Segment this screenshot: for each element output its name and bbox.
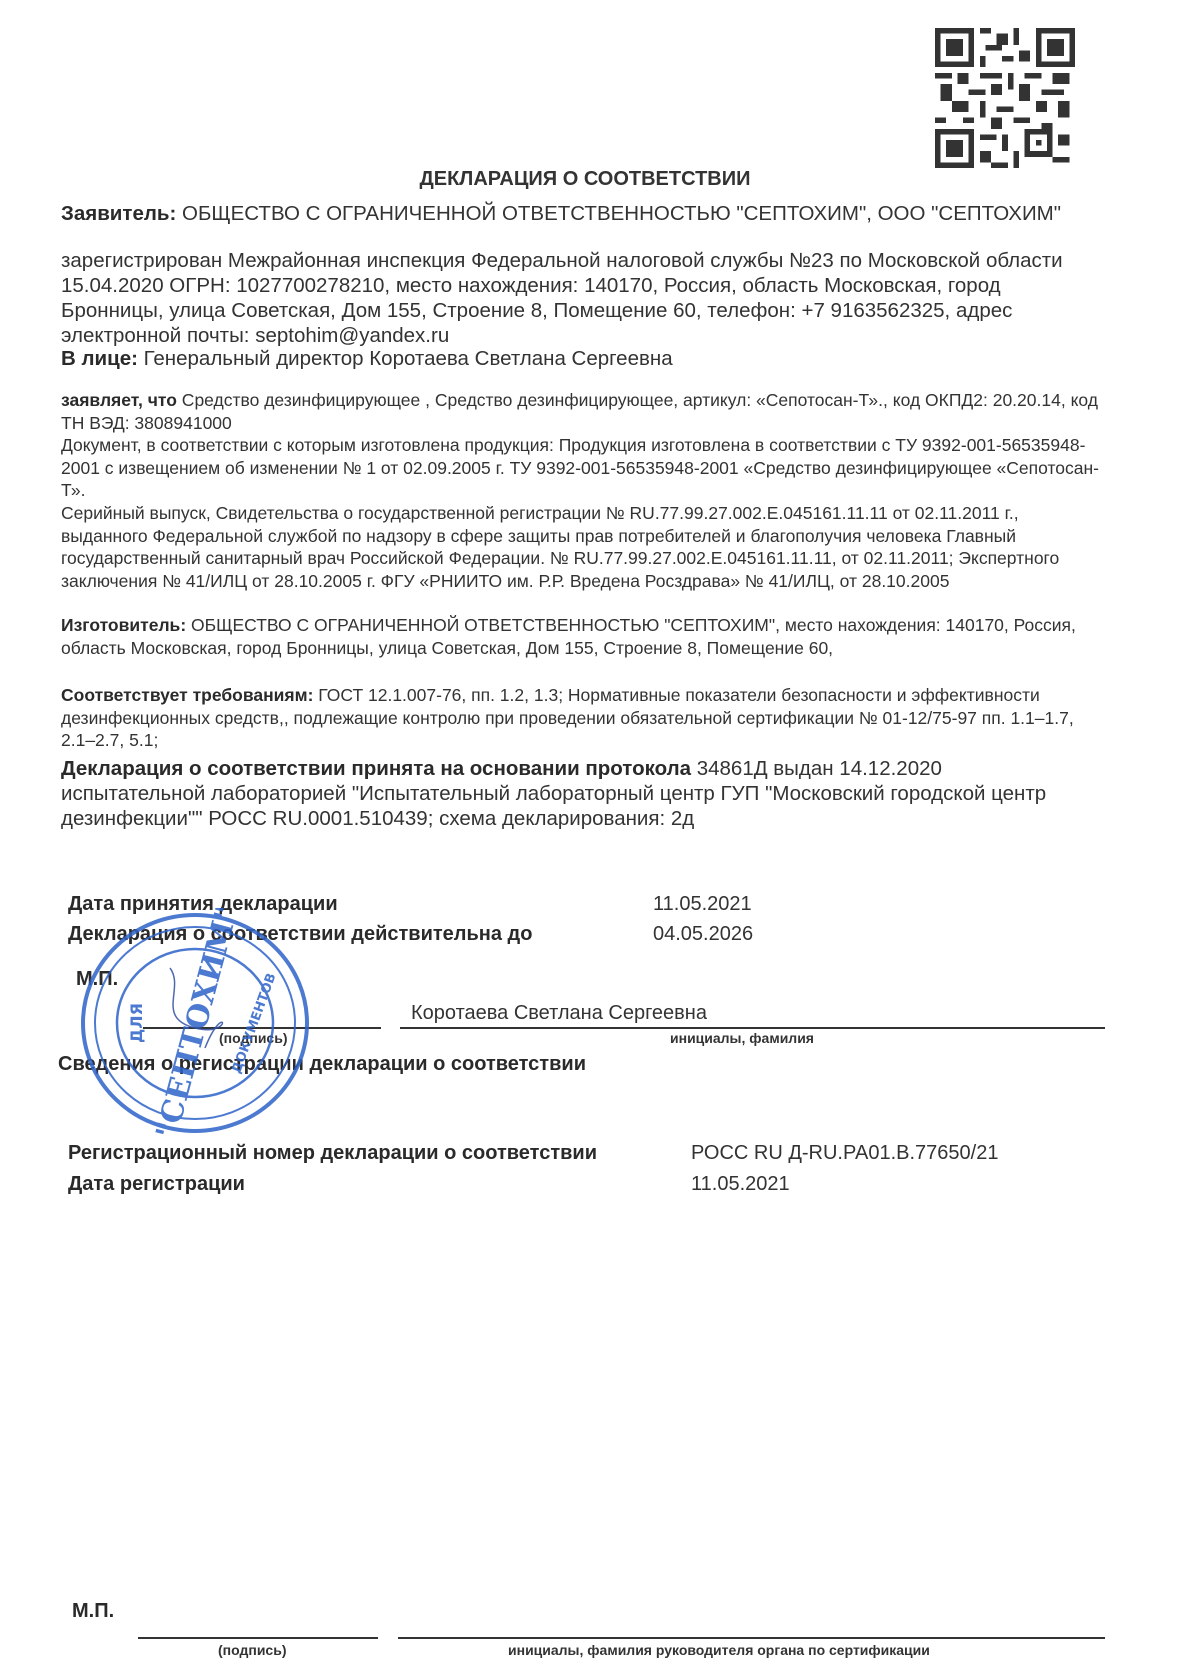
registration-number-value: РОСС RU Д-RU.РА01.В.77650/21 xyxy=(691,1142,998,1165)
basis-section: Декларация о соответствии принята на осн… xyxy=(61,756,1071,831)
requirements-label: Соответствует требованиям: xyxy=(61,685,313,705)
registration-date-label: Дата регистрации xyxy=(68,1173,245,1196)
representative-section: В лице: Генеральный директор Коротаева С… xyxy=(61,346,1101,371)
requirements-section: Соответствует требованиям: ГОСТ 12.1.007… xyxy=(61,684,1101,752)
valid-until-value: 04.05.2026 xyxy=(653,923,753,946)
document-title: ДЕКЛАРАЦИЯ О СООТВЕТСТВИИ xyxy=(0,168,1170,191)
serial-release-info: Серийный выпуск, Свидетельства о государ… xyxy=(61,502,1101,592)
applicant-section: Заявитель: ОБЩЕСТВО С ОГРАНИЧЕННОЙ ОТВЕТ… xyxy=(61,201,1101,226)
declares-label: заявляет, что xyxy=(61,390,177,410)
name-line-2 xyxy=(398,1637,1105,1639)
qr-code-icon xyxy=(935,28,1075,168)
applicant-label: Заявитель: xyxy=(61,202,176,225)
declares-section: заявляет, что Средство дезинфицирующее ,… xyxy=(61,389,1101,434)
name-caption: инициалы, фамилия xyxy=(670,1030,814,1046)
production-document: Документ, в соответствии с которым изгот… xyxy=(61,434,1101,502)
representative-label: В лице: xyxy=(61,347,138,370)
representative-text: Генеральный директор Коротаева Светлана … xyxy=(138,347,673,370)
company-seal-stamp-icon: "СЕПТОХИМ" ДЛЯ ДОКУМЕНТОВ xyxy=(75,908,315,1138)
stamp-center-text: "СЕПТОХИМ" xyxy=(150,908,246,1138)
applicant-name: ОБЩЕСТВО С ОГРАНИЧЕННОЙ ОТВЕТСТВЕННОСТЬЮ… xyxy=(176,202,1061,225)
signer-name: Коротаева Светлана Сергеевна xyxy=(411,1002,707,1025)
registration-date-value: 11.05.2021 xyxy=(691,1173,790,1196)
seal-placeholder-label-2: М.П. xyxy=(72,1600,114,1623)
registration-number-label: Регистрационный номер декларации о соотв… xyxy=(68,1142,597,1165)
adopted-date-value: 11.05.2021 xyxy=(653,893,752,916)
signature-caption-2: (подпись) xyxy=(218,1642,287,1658)
basis-label: Декларация о соответствии принята на осн… xyxy=(61,757,691,780)
product-description: Средство дезинфицирующее , Средство дези… xyxy=(61,390,1098,433)
stamp-left-text: ДЛЯ xyxy=(127,1003,146,1043)
applicant-registration: зарегистрирован Межрайонная инспекция Фе… xyxy=(61,248,1101,348)
certification-head-caption: инициалы, фамилия руководителя органа по… xyxy=(508,1642,930,1658)
manufacturer-label: Изготовитель: xyxy=(61,615,186,635)
manufacturer-section: Изготовитель: ОБЩЕСТВО С ОГРАНИЧЕННОЙ ОТ… xyxy=(61,614,1101,659)
name-line xyxy=(400,1027,1105,1029)
manufacturer-text: ОБЩЕСТВО С ОГРАНИЧЕННОЙ ОТВЕТСТВЕННОСТЬЮ… xyxy=(61,615,1076,658)
signature-line-2 xyxy=(138,1637,378,1639)
